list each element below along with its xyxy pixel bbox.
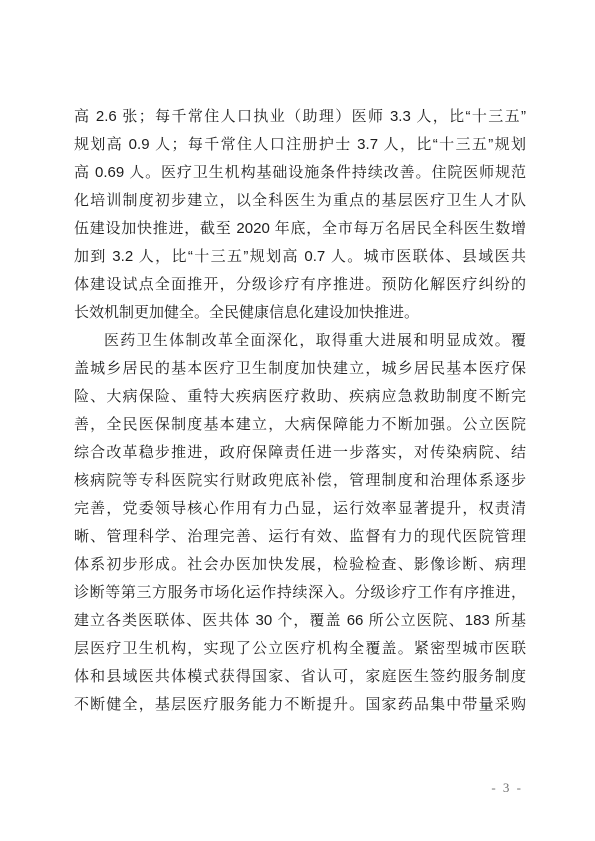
text-line: 医药卫生体制改革全面深化，取得重大进展和明显成效。覆: [74, 327, 526, 355]
text-line: 晰、管理科学、治理完善、运行有效、监督有力的现代医院管理: [74, 523, 526, 551]
text-line: 高 2.6 张；每千常住人口执业（助理）医师 3.3 人，比“十三五”: [74, 103, 526, 131]
paragraph: 高 2.6 张；每千常住人口执业（助理）医师 3.3 人，比“十三五” 规划高 …: [74, 103, 526, 327]
text-line: 综合改革稳步推进，政府保障责任进一步落实，对传染病院、结: [74, 439, 526, 467]
text-line: 盖城乡居民的基本医疗卫生制度加快建立，城乡居民基本医疗保: [74, 355, 526, 383]
paragraph: 医药卫生体制改革全面深化，取得重大进展和明显成效。覆 盖城乡居民的基本医疗卫生制…: [74, 327, 526, 719]
page-number: - 3 -: [491, 780, 523, 796]
text-line: 诊断等第三方服务市场化运作持续深入。分级诊疗工作有序推进，: [74, 579, 526, 607]
text-line: 规划高 0.9 人；每千常住人口注册护士 3.7 人，比“十三五”规划: [74, 131, 526, 159]
text-line: 核病院等专科医院实行财政兜底补偿，管理制度和治理体系逐步: [74, 467, 526, 495]
text-line: 长效机制更加健全。全民健康信息化建设加快推进。: [74, 299, 526, 327]
document-body: 高 2.6 张；每千常住人口执业（助理）医师 3.3 人，比“十三五” 规划高 …: [74, 103, 526, 719]
text-line: 险、大病保险、重特大疾病医疗救助、疾病应急救助制度不断完: [74, 383, 526, 411]
text-line: 层医疗卫生机构，实现了公立医疗机构全覆盖。紧密型城市医联: [74, 635, 526, 663]
text-line: 加到 3.2 人，比“十三五”规划高 0.7 人。城市医联体、县域医共: [74, 243, 526, 271]
text-line: 伍建设加快推进，截至 2020 年底，全市每万名居民全科医生数增: [74, 215, 526, 243]
text-line: 体系初步形成。社会办医加快发展，检验检查、影像诊断、病理: [74, 551, 526, 579]
text-line: 完善，党委领导核心作用有力凸显，运行效率显著提升，权责清: [74, 495, 526, 523]
text-line: 善，全民医保制度基本建立，大病保障能力不断加强。公立医院: [74, 411, 526, 439]
text-line: 高 0.69 人。医疗卫生机构基础设施条件持续改善。住院医师规范: [74, 159, 526, 187]
text-line: 体建设试点全面推开，分级诊疗有序推进。预防化解医疗纠纷的: [74, 271, 526, 299]
text-line: 不断健全，基层医疗服务能力不断提升。国家药品集中带量采购: [74, 691, 526, 719]
text-line: 建立各类医联体、医共体 30 个，覆盖 66 所公立医院、183 所基: [74, 607, 526, 635]
text-line: 体和县域医共体模式获得国家、省认可，家庭医生签约服务制度: [74, 663, 526, 691]
text-line: 化培训制度初步建立，以全科医生为重点的基层医疗卫生人才队: [74, 187, 526, 215]
document-page: 高 2.6 张；每千常住人口执业（助理）医师 3.3 人，比“十三五” 规划高 …: [0, 0, 595, 841]
